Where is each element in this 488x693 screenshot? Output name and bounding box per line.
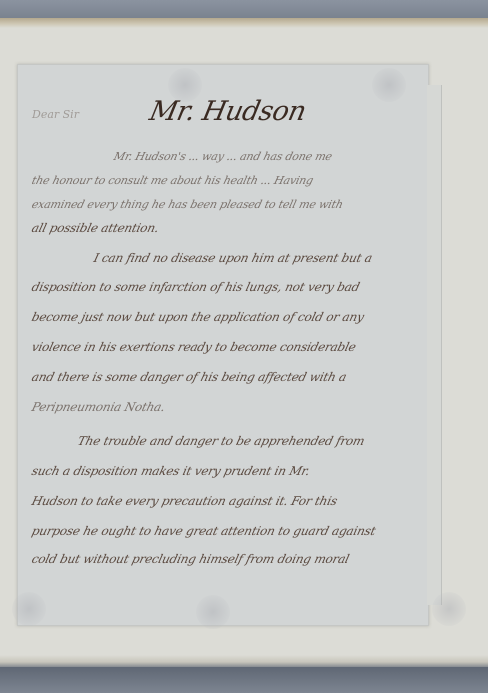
hinge-mark <box>196 595 230 629</box>
hinge-mark <box>12 592 46 626</box>
letter-line: cold but without precluding himself from… <box>30 552 350 566</box>
letter-line: purpose he ought to have great attention… <box>30 524 377 538</box>
letter-line: such a disposition makes it very prudent… <box>30 464 311 478</box>
scan-background-bottom <box>0 667 488 693</box>
salutation: Dear Sir <box>32 108 79 121</box>
hinge-mark <box>432 592 466 626</box>
letter-line: I can find no disease upon him at presen… <box>92 251 373 265</box>
scan-background-top <box>0 0 488 18</box>
letter-line: become just now but upon the application… <box>30 310 365 324</box>
letter-line: examined every thing he has been pleased… <box>30 198 344 211</box>
letter-line: disposition to some infarction of his lu… <box>30 280 361 294</box>
torn-edge <box>427 85 442 605</box>
letter-line: The trouble and danger to be apprehended… <box>76 434 366 448</box>
letter-heading: Mr. Hudson <box>147 96 374 127</box>
letter-line: violence in his exertions ready to becom… <box>30 340 357 354</box>
letter-line: Peripneumonia Notha. <box>30 400 166 414</box>
hinge-mark <box>372 68 406 102</box>
letter-line: and there is some danger of his being af… <box>30 370 348 384</box>
top-edge-stain <box>0 18 488 28</box>
letter-line: all possible attention. <box>30 221 160 235</box>
letter-line: Mr. Hudson's ... way ... and has done me <box>112 150 333 163</box>
letter-line: Hudson to take every precaution against … <box>30 494 338 508</box>
letter-line: the honour to consult me about his healt… <box>30 174 314 187</box>
